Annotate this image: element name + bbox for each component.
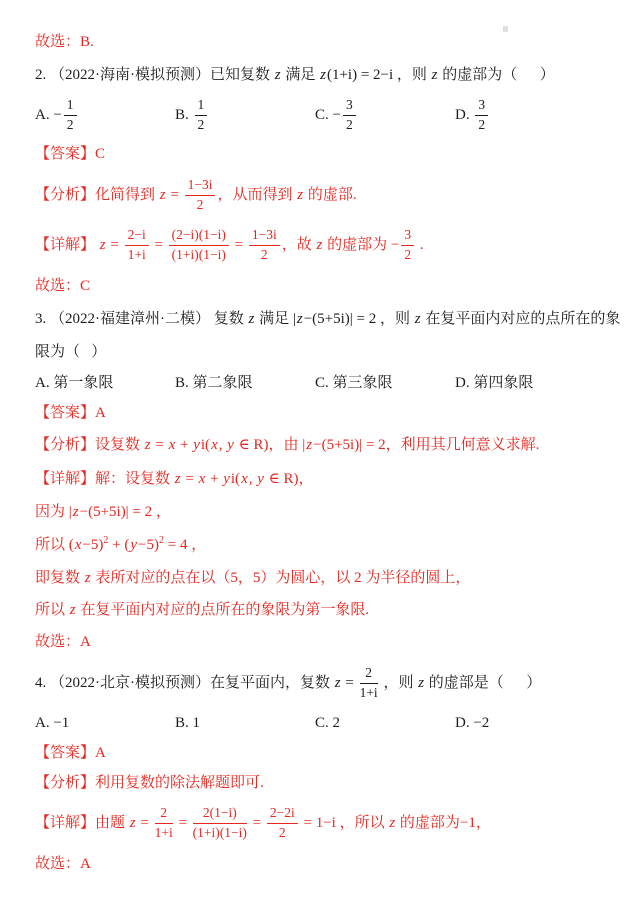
text-run: B. xyxy=(175,107,193,123)
fraction-numerator: 1−3i xyxy=(249,227,280,246)
text-run: 【详解】解：设复数 xyxy=(35,471,174,487)
fraction-denominator: 2 xyxy=(195,116,208,134)
fraction-numerator: 2 xyxy=(155,805,173,824)
text-run: = xyxy=(107,237,123,253)
fraction: 2−2i2 xyxy=(267,805,298,842)
text-run: −(5+5i)| = 2，利用其几何意义求解. xyxy=(313,437,539,453)
text-run: 在复平面内对应的点所在的象 xyxy=(422,311,621,327)
text-run: = xyxy=(151,237,167,253)
text-run: ，故 xyxy=(282,237,316,253)
document-page: 故选：B.2. （2022·海南·模拟预测）已知复数 z 满足 z(1+i) =… xyxy=(0,0,642,907)
fraction-numerator: 2−2i xyxy=(267,805,298,824)
fraction-numerator: 3 xyxy=(401,227,414,246)
math-variable: y xyxy=(256,471,265,487)
q3-choice: 故选：A xyxy=(35,626,638,658)
math-variable: z xyxy=(417,675,425,691)
text-run: + ( xyxy=(108,537,129,553)
q4-options-D: D. −2 xyxy=(455,708,489,738)
q3-answer: 【答案】A xyxy=(35,398,638,428)
q2-options: A. −12B. 12C. −32D. 32 xyxy=(35,92,638,138)
math-variable: z xyxy=(159,187,167,203)
math-variable: z xyxy=(129,815,137,831)
math-variable: z xyxy=(296,311,304,327)
text-run: −(5+5i)| = 2 ，则 xyxy=(304,311,414,327)
math-variable: z xyxy=(69,602,77,618)
text-run: 在复平面内对应的点所在的象限为第一象限. xyxy=(77,602,370,618)
math-variable: x xyxy=(168,437,177,453)
text-run: C. 2 xyxy=(315,715,340,731)
text-run: 3. （2022·福建漳州·二模） 复数 xyxy=(35,311,248,327)
text-run: = xyxy=(249,815,265,831)
text-run: 4. （2022·北京·模拟预测）在复平面内，复数 xyxy=(35,675,334,691)
text-run: ，则 xyxy=(380,675,418,691)
text-run: 【答案】A xyxy=(35,745,106,761)
text-run: ，从而得到 xyxy=(217,187,296,203)
text-run: . xyxy=(416,237,424,253)
fraction-denominator: (1+i)(1−i) xyxy=(193,824,247,842)
fraction-denominator: 2 xyxy=(185,196,216,214)
q4-answer: 【答案】A xyxy=(35,738,638,768)
q4-options-B: B. 1 xyxy=(175,708,315,738)
math-variable: y xyxy=(192,437,201,453)
text-run: 故选：A xyxy=(35,634,91,650)
text-run: = xyxy=(231,237,247,253)
text-run: 2. （2022·海南·模拟预测）已知复数 xyxy=(35,67,274,83)
math-variable: z xyxy=(334,675,342,691)
fraction: 1−3i2 xyxy=(249,227,280,264)
text-run: 故选：A xyxy=(35,856,91,872)
q2-options-C: C. −32 xyxy=(315,92,455,138)
text-run: A. 第一象限 xyxy=(35,375,113,391)
text-run: B. 第二象限 xyxy=(175,375,253,391)
fraction-denominator: 2 xyxy=(475,116,488,134)
text-run: i( xyxy=(201,437,210,453)
fraction-denominator: (1+i)(1−i) xyxy=(169,246,229,264)
q3-analysis: 【分析】设复数 z = x + yi(x, y ∈ R)，由 |z−(5+5i)… xyxy=(35,428,638,462)
text-run: 的虚部是（ ） xyxy=(425,675,541,691)
q3-stem-2: 限为（ ） xyxy=(35,336,638,368)
text-run: 【答案】A xyxy=(35,405,106,421)
fraction-denominator: 1+i xyxy=(125,246,149,264)
q3-options-B: B. 第二象限 xyxy=(175,368,315,398)
q3-detail-2: 因为 |z−(5+5i)| = 2 ， xyxy=(35,496,638,528)
text-run: −5) xyxy=(82,537,103,553)
text-run: 因为 | xyxy=(35,504,72,520)
fraction-numerator: 1 xyxy=(64,97,77,116)
text-run: = xyxy=(175,815,191,831)
q1-choice: 故选：B. xyxy=(35,26,638,58)
math-variable: x xyxy=(210,437,219,453)
text-run: D. −2 xyxy=(455,715,489,731)
q2-options-B: B. 12 xyxy=(175,92,315,138)
scan-artifact xyxy=(503,26,508,32)
fraction-numerator: 2 xyxy=(360,665,378,684)
text-run: i( xyxy=(231,471,240,487)
fraction-denominator: 2 xyxy=(401,246,414,264)
math-variable: z xyxy=(319,67,327,83)
text-run: (1+i) = 2−i ，则 xyxy=(327,67,431,83)
fraction-numerator: 2−i xyxy=(125,227,149,246)
text-run: 满足 xyxy=(282,67,320,83)
text-run: −(5+5i)| = 2 ， xyxy=(80,504,171,520)
fraction: 32 xyxy=(401,227,414,264)
math-variable: z xyxy=(305,437,313,453)
text-run: 故选：C xyxy=(35,278,90,294)
math-variable: y xyxy=(129,537,138,553)
text-run: 的虚部. xyxy=(304,187,357,203)
text-run: = xyxy=(137,815,153,831)
q4-stem: 4. （2022·北京·模拟预测）在复平面内，复数 z = 21+i ，则 z … xyxy=(35,658,638,708)
fraction-numerator: 3 xyxy=(343,97,356,116)
fraction-numerator: 1 xyxy=(195,97,208,116)
text-run: 限为（ ） xyxy=(35,344,106,360)
text-run: 表所对应的点在以（5，5）为圆心，以 2 为半径的圆上， xyxy=(92,570,471,586)
q3-options-A: A. 第一象限 xyxy=(35,368,175,398)
q3-detail-4: 即复数 z 表所对应的点在以（5，5）为圆心，以 2 为半径的圆上， xyxy=(35,562,638,594)
q2-options-A: A. −12 xyxy=(35,92,175,138)
q4-options-C: C. 2 xyxy=(315,708,455,738)
fraction-numerator: 1−3i xyxy=(185,177,216,196)
text-run: 所以 xyxy=(35,602,69,618)
text-run: 【分析】利用复数的除法解题即可. xyxy=(35,775,264,791)
q3-detail-5: 所以 z 在复平面内对应的点所在的象限为第一象限. xyxy=(35,594,638,626)
fraction-denominator: 2 xyxy=(249,246,280,264)
text-run: = xyxy=(342,675,358,691)
text-run: = xyxy=(152,437,168,453)
fraction-numerator: 3 xyxy=(475,97,488,116)
text-run: D. xyxy=(455,107,473,123)
fraction-denominator: 1+i xyxy=(155,824,173,842)
math-variable: x xyxy=(198,471,207,487)
math-variable: z xyxy=(414,311,422,327)
fraction: (2−i)(1−i)(1+i)(1−i) xyxy=(169,227,229,264)
q2-detail: 【详解】 z = 2−i1+i = (2−i)(1−i)(1+i)(1−i) =… xyxy=(35,220,638,270)
math-variable: z xyxy=(274,67,282,83)
fraction: 32 xyxy=(343,97,356,134)
fraction-denominator: 2 xyxy=(64,116,77,134)
fraction-numerator: (2−i)(1−i) xyxy=(169,227,229,246)
text-run: = xyxy=(167,187,183,203)
fraction-denominator: 2 xyxy=(343,116,356,134)
fraction: 12 xyxy=(64,97,77,134)
fraction: 2−i1+i xyxy=(125,227,149,264)
q4-options: A. −1B. 1C. 2D. −2 xyxy=(35,708,638,738)
text-run: 的虚部为 − xyxy=(323,237,399,253)
fraction: 32 xyxy=(475,97,488,134)
q2-options-D: D. 32 xyxy=(455,92,490,138)
text-run: B. 1 xyxy=(175,715,200,731)
text-run: 【详解】 xyxy=(35,237,99,253)
q3-stem-1: 3. （2022·福建漳州·二模） 复数 z 满足 |z−(5+5i)| = 2… xyxy=(35,302,638,336)
fraction: 12 xyxy=(195,97,208,134)
text-run: = 1−i ，所以 xyxy=(300,815,389,831)
fraction: 21+i xyxy=(155,805,173,842)
text-run: 【分析】设复数 xyxy=(35,437,144,453)
q2-answer: 【答案】C xyxy=(35,138,638,170)
text-run: A. − xyxy=(35,107,62,123)
math-variable: z xyxy=(144,437,152,453)
q4-analysis: 【分析】利用复数的除法解题即可. xyxy=(35,768,638,798)
q3-options: A. 第一象限B. 第二象限C. 第三象限D. 第四象限 xyxy=(35,368,638,398)
math-variable: y xyxy=(226,437,235,453)
math-variable: z xyxy=(99,237,107,253)
q2-choice: 故选：C xyxy=(35,270,638,302)
text-run: = 4 ， xyxy=(164,537,206,553)
text-run: C. 第三象限 xyxy=(315,375,393,391)
fraction: 1−3i2 xyxy=(185,177,216,214)
text-run: 【答案】C xyxy=(35,146,105,162)
q3-detail-1: 【详解】解：设复数 z = x + yi(x, y ∈ R)， xyxy=(35,462,638,496)
math-variable: y xyxy=(222,471,231,487)
text-run: C. − xyxy=(315,107,341,123)
fraction: 2(1−i)(1+i)(1−i) xyxy=(193,805,247,842)
text-run: 满足 | xyxy=(255,311,296,327)
text-run: 故选：B. xyxy=(35,34,94,50)
text-run: 的虚部为−1， xyxy=(396,815,491,831)
text-run: 所以 ( xyxy=(35,537,74,553)
q4-options-A: A. −1 xyxy=(35,708,175,738)
math-variable: z xyxy=(431,67,439,83)
q4-choice: 故选：A xyxy=(35,848,638,880)
text-run: 即复数 xyxy=(35,570,84,586)
math-variable: z xyxy=(84,570,92,586)
text-run: 【分析】化简得到 xyxy=(35,187,159,203)
text-run: ∈ R)，由 | xyxy=(235,437,305,453)
text-run: + xyxy=(206,471,222,487)
fraction: 21+i xyxy=(360,665,378,702)
fraction-denominator: 2 xyxy=(267,824,298,842)
q2-analysis: 【分析】化简得到 z = 1−3i2，从而得到 z 的虚部. xyxy=(35,170,638,220)
q2-stem: 2. （2022·海南·模拟预测）已知复数 z 满足 z(1+i) = 2−i … xyxy=(35,58,638,92)
text-run: = xyxy=(182,471,198,487)
math-variable: z xyxy=(296,187,304,203)
text-run: 的虚部为（ ） xyxy=(439,67,555,83)
fraction-numerator: 2(1−i) xyxy=(193,805,247,824)
q3-options-D: D. 第四象限 xyxy=(455,368,533,398)
text-run: A. −1 xyxy=(35,715,69,731)
q4-detail: 【详解】由题 z = 21+i = 2(1−i)(1+i)(1−i) = 2−2… xyxy=(35,798,638,848)
math-variable: x xyxy=(240,471,249,487)
text-run: D. 第四象限 xyxy=(455,375,533,391)
q3-detail-3: 所以 (x−5)2 + (y−5)2 = 4 ， xyxy=(35,528,638,562)
math-variable: z xyxy=(388,815,396,831)
q3-options-C: C. 第三象限 xyxy=(315,368,455,398)
math-variable: z xyxy=(72,504,80,520)
text-run: −5) xyxy=(138,537,159,553)
text-run: 【详解】由题 xyxy=(35,815,129,831)
math-variable: z xyxy=(174,471,182,487)
fraction-denominator: 1+i xyxy=(360,684,378,702)
text-run: + xyxy=(176,437,192,453)
text-run: ∈ R)， xyxy=(265,471,314,487)
